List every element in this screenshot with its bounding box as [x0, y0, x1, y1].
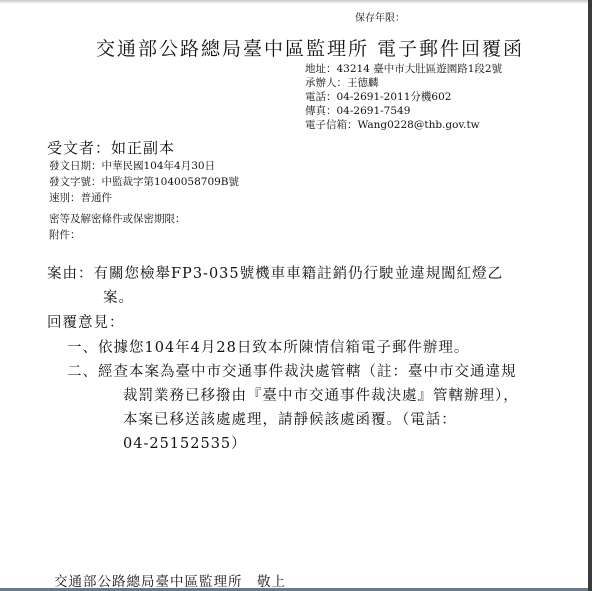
reply-item-2-line-4: 04-25152535） — [67, 432, 519, 456]
reply-item-2-line-1: 二、經查本案為臺中市交通事件裁決處管轄（註：臺中市交通違規 — [67, 360, 519, 384]
attachments-line: 附件： — [49, 227, 239, 243]
top-shadow — [0, 0, 588, 4]
issue-date-line: 發文日期：中華民國104年4月30日 — [49, 158, 239, 174]
email-line: 電子信箱：Wang0228@thb.gov.tw — [305, 118, 502, 132]
subject-line-2: 案。 — [47, 286, 503, 310]
fax-line: 傳真：04-2691-7549 — [305, 104, 502, 118]
reply-label: 回覆意見： — [47, 311, 125, 332]
retention-period-label: 保存年限： — [355, 9, 405, 24]
phone-line: 電話：04-2691-2011分機602 — [305, 90, 502, 104]
handler-line: 承辦人：王德麟 — [305, 76, 502, 90]
contact-block: 地址：43214 臺中市大肚區遊園路1段2號 承辦人：王德麟 電話：04-269… — [305, 62, 502, 132]
document-title: 交通部公路總局臺中區監理所 電子郵件回覆函 — [96, 34, 524, 61]
speed-line: 速別：普通件 — [49, 190, 239, 206]
reply-item-2-line-3: 本案已移送該處處理，請靜候該處函覆。（電話： — [67, 408, 519, 432]
subject-line-1: 案由：有關您檢舉FP3-035號機車車籍註銷仍行駛並違規闖紅燈乙 — [47, 262, 503, 286]
document-page: 保存年限： 交通部公路總局臺中區監理所 電子郵件回覆函 地址：43214 臺中市… — [0, 0, 588, 588]
recipient-line: 受文者：如正副本 — [47, 137, 175, 158]
reply-item-2-line-2: 裁罰業務已移撥由『臺中市交通事件裁決處』管轄辦理）， — [67, 384, 519, 408]
viewer-scrollbar-edge — [588, 0, 592, 591]
reply-item-1-line-1: 一、依據您104年4月28日致本所陳情信箱電子郵件辦理。 — [67, 336, 519, 360]
reply-items: 一、依據您104年4月28日致本所陳情信箱電子郵件辦理。 二、經查本案為臺中市交… — [67, 336, 519, 456]
reply-item-2: 二、經查本案為臺中市交通事件裁決處管轄（註：臺中市交通違規 裁罰業務已移撥由『臺… — [67, 360, 519, 456]
doc-number-line: 發文字號：中監裁字第1040058709B號 — [49, 174, 239, 190]
reply-item-1: 一、依據您104年4月28日致本所陳情信箱電子郵件辦理。 — [67, 336, 519, 360]
address-line: 地址：43214 臺中市大肚區遊園路1段2號 — [305, 62, 502, 76]
subject-block: 案由：有關您檢舉FP3-035號機車車籍註銷仍行駛並違規闖紅燈乙 案。 — [47, 262, 503, 310]
meta-block: 發文日期：中華民國104年4月30日 發文字號：中監裁字第1040058709B… — [49, 158, 239, 243]
classification-line: 密等及解密條件或保密期限： — [49, 211, 239, 227]
signature-line: 交通部公路總局臺中區監理所 敬上 — [54, 570, 286, 590]
